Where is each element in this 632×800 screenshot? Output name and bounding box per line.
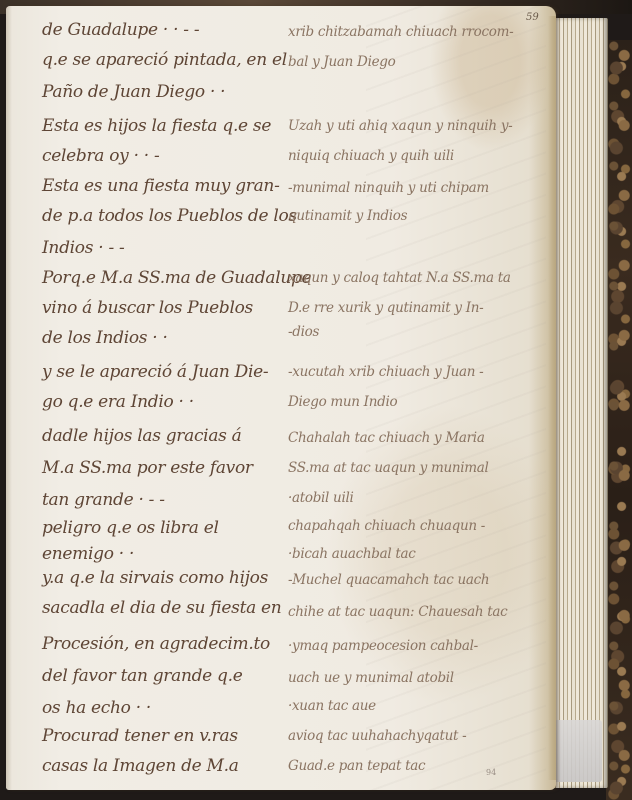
indigenous-line: Diego mun Indio — [288, 394, 397, 410]
manuscript-page: 59 94 de Guadalupe · · - - q.e se aparec… — [6, 6, 556, 790]
indigenous-line: Chahalah tac chiuach y Maria — [288, 430, 485, 446]
indigenous-line: ·ymaq pampeocesion cahbal- — [288, 638, 478, 654]
indigenous-column: xrib chitzabamah chiuach rrocom- bal y J… — [6, 6, 556, 790]
indigenous-line: xrib chitzabamah chiuach rrocom- — [288, 24, 513, 40]
indigenous-line: niquiq chiuach y quih uili — [288, 148, 454, 164]
marbled-cover-edge — [606, 40, 632, 800]
indigenous-line: -munimal ninquih y uti chipam — [288, 180, 489, 196]
indigenous-line: SS.ma at tac uaqun y munimal — [288, 460, 489, 476]
indigenous-line: -dios — [288, 324, 319, 340]
indigenous-line: avioq tac uuhahachyqatut - — [288, 728, 466, 744]
indigenous-line: chihe at tac uaqun: Chauesah tac — [288, 604, 507, 620]
indigenous-line: ·xuan tac aue — [288, 698, 376, 714]
indigenous-line: ·atobil uili — [288, 490, 354, 506]
indigenous-line: -xucutah xrib chiuach y Juan - — [288, 364, 483, 380]
indigenous-line: ·bicah auachbal tac — [288, 546, 416, 562]
indigenous-line: Uzah y uti ahiq xaqun y ninquih y- — [288, 118, 512, 134]
page-stack-edges — [548, 18, 608, 788]
indigenous-line: Guad.e pan tepat tac — [288, 758, 425, 774]
indigenous-line: bal y Juan Diego — [288, 54, 395, 70]
indigenous-line: xaqun y caloq tahtat N.a SS.ma ta — [288, 270, 511, 286]
indigenous-line: -Muchel quacamahch tac uach — [288, 572, 489, 588]
page-stack-bottom-corner — [552, 720, 602, 782]
indigenous-line: qutinamit y Indios — [288, 208, 407, 224]
indigenous-line: chapahqah chiuach chuaqun - — [288, 518, 485, 534]
indigenous-line: D.e rre xurik y qutinamit y In- — [288, 300, 483, 316]
indigenous-line: uach ue y munimal atobil — [288, 670, 454, 686]
manuscript-photo: 59 94 de Guadalupe · · - - q.e se aparec… — [0, 0, 632, 800]
